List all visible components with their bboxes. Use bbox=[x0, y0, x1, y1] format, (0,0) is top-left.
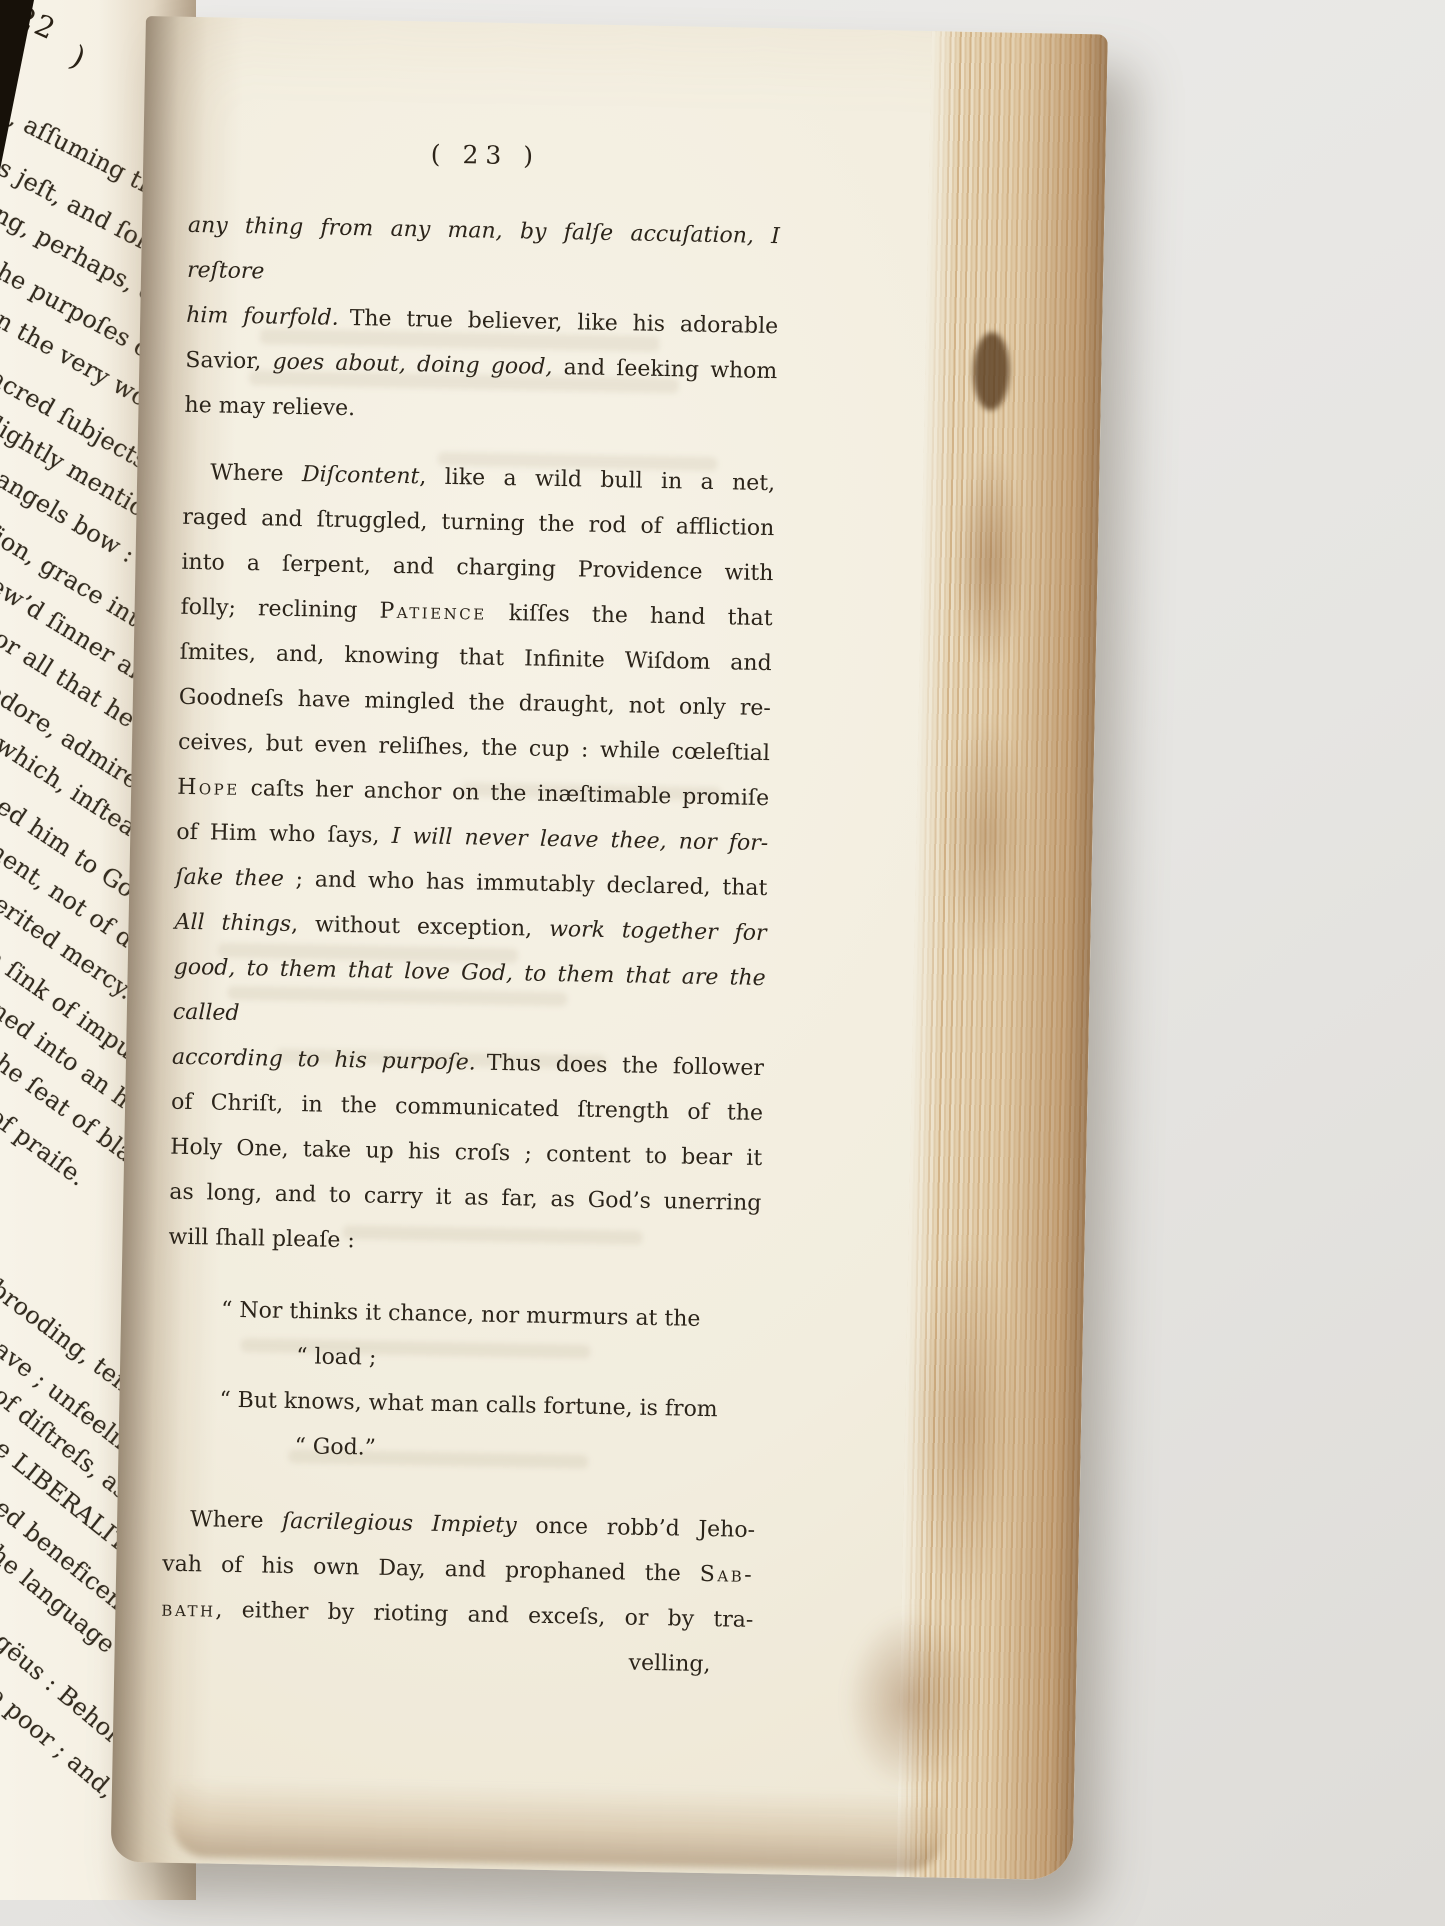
paragraph: any thing from any man, by falſe accuſat… bbox=[184, 203, 780, 439]
paragraph: “ Nor thinks it chance, nor murmurs at t… bbox=[164, 1287, 759, 1478]
edge-stain bbox=[923, 671, 1049, 1003]
bottom-page-edge bbox=[171, 1779, 944, 1872]
left-page-bracket: ) bbox=[65, 39, 91, 76]
book-corner-shadow bbox=[0, 0, 34, 170]
right-page-text: any thing from any man, by falſe accuſat… bbox=[160, 203, 781, 1710]
edge-stain bbox=[940, 411, 1041, 713]
paragraph: Where ſacrilegious Impiety once robb’d J… bbox=[160, 1497, 755, 1688]
photo-background: 22 ) ſs, aſſuming the maſk ous jeſt, and… bbox=[0, 0, 1445, 1926]
text-line: any thing from any man, by falſe accuſat… bbox=[187, 203, 781, 304]
edge-stain bbox=[886, 1161, 1046, 1684]
paragraph: Where Diſcontent, like a wild bull in a … bbox=[168, 450, 775, 1271]
fore-edge-pages bbox=[896, 31, 1107, 1880]
text-line: good, to them that love God, to them tha… bbox=[172, 945, 766, 1046]
edge-stain bbox=[813, 1569, 1008, 1833]
right-page: ( 23 ) any thing from any man, by falſe … bbox=[111, 16, 1108, 1880]
page-number-header: ( 23 ) bbox=[189, 135, 781, 175]
edge-stain bbox=[973, 332, 1010, 411]
